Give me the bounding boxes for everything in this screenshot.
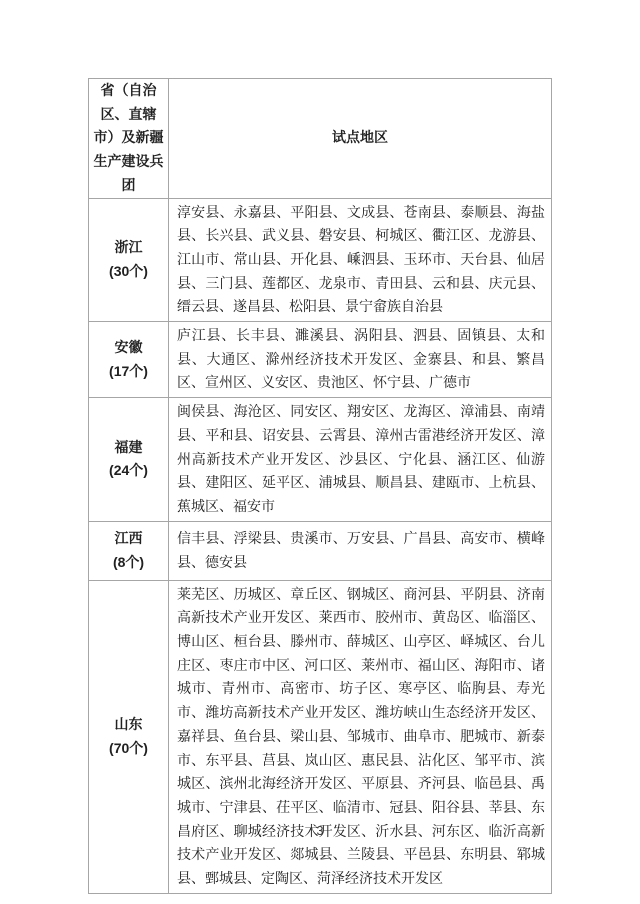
province-cell: 山东 (70个) <box>89 580 169 893</box>
province-count: (17个) <box>91 360 166 384</box>
province-column-header: 省（自治区、直辖市）及新疆生产建设兵团 <box>89 79 169 199</box>
table-row-shandong: 山东 (70个) 莱芜区、历城区、章丘区、钢城区、商河县、平阴县、济南高新技术产… <box>89 580 552 893</box>
areas-cell: 淳安县、永嘉县、平阳县、文成县、苍南县、泰顺县、海盐县、长兴县、武义县、磐安县、… <box>169 198 552 322</box>
page-number: 3 <box>0 824 640 838</box>
province-name: 江西 <box>91 527 166 551</box>
areas-cell: 信丰县、浮梁县、贵溪市、万安县、广昌县、高安市、横峰县、德安县 <box>169 521 552 580</box>
areas-cell: 莱芜区、历城区、章丘区、钢城区、商河县、平阴县、济南高新技术产业开发区、莱西市、… <box>169 580 552 893</box>
province-count: (70个) <box>91 737 166 761</box>
province-cell: 浙江 (30个) <box>89 198 169 322</box>
areas-cell: 闽侯县、海沧区、同安区、翔安区、龙海区、漳浦县、南靖县、平和县、诏安县、云霄县、… <box>169 398 552 522</box>
province-count: (24个) <box>91 459 166 483</box>
pilot-areas-column-header: 试点地区 <box>169 79 552 199</box>
table-row-jiangxi: 江西 (8个) 信丰县、浮梁县、贵溪市、万安县、广昌县、高安市、横峰县、德安县 <box>89 521 552 580</box>
table-row-anhui: 安徽 (17个) 庐江县、长丰县、濉溪县、涡阳县、泗县、固镇县、太和县、大通区、… <box>89 322 552 398</box>
document-page: 省（自治区、直辖市）及新疆生产建设兵团 试点地区 浙江 (30个) 淳安县、永嘉… <box>0 0 640 904</box>
province-name: 福建 <box>91 436 166 460</box>
province-name: 山东 <box>91 713 166 737</box>
province-count: (8个) <box>91 551 166 575</box>
areas-cell: 庐江县、长丰县、濉溪县、涡阳县、泗县、固镇县、太和县、大通区、滁州经济技术开发区… <box>169 322 552 398</box>
province-cell: 安徽 (17个) <box>89 322 169 398</box>
province-count: (30个) <box>91 260 166 284</box>
province-cell: 福建 (24个) <box>89 398 169 522</box>
province-name: 安徽 <box>91 336 166 360</box>
table-row-zhejiang: 浙江 (30个) 淳安县、永嘉县、平阳县、文成县、苍南县、泰顺县、海盐县、长兴县… <box>89 198 552 322</box>
province-name: 浙江 <box>91 236 166 260</box>
table-header-row: 省（自治区、直辖市）及新疆生产建设兵团 试点地区 <box>89 79 552 199</box>
pilot-areas-table: 省（自治区、直辖市）及新疆生产建设兵团 试点地区 浙江 (30个) 淳安县、永嘉… <box>88 78 552 894</box>
table-row-fujian: 福建 (24个) 闽侯县、海沧区、同安区、翔安区、龙海区、漳浦县、南靖县、平和县… <box>89 398 552 522</box>
province-cell: 江西 (8个) <box>89 521 169 580</box>
